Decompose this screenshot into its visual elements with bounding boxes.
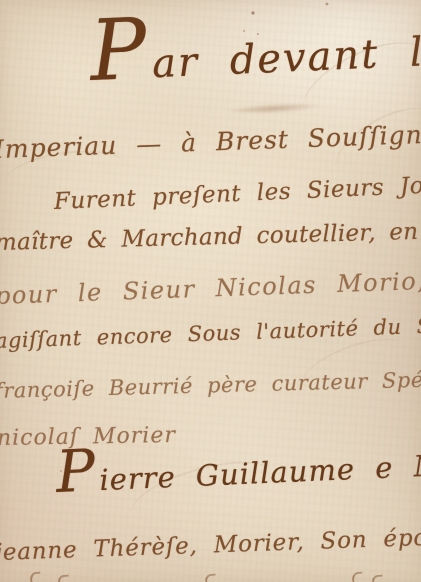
ink-speck [0,0,2,2]
partial-line-fragment [204,573,216,582]
manuscript-line-opening: Par devant les [88,0,421,90]
manuscript-line: pour le Sieur Nicolas Morio, Son [0,265,421,309]
ink-smudge [226,101,322,115]
manuscript-line: Furent preſent les Sieurs Joachim e [53,169,421,215]
manuscript-line: maître & Marchand coutellier, en privé e [0,217,421,256]
partial-line-fragment [58,574,70,582]
manuscript-line: françoiſe Beurrié père curateur Spécial … [0,367,421,403]
line-text: ierre Guillaume e Manuel d [99,443,421,498]
line-text: ar devant les [151,27,421,87]
partial-line-fragment [351,571,363,582]
partial-line-fragment [372,574,384,582]
drop-cap-initial: P [54,436,97,506]
drop-cap-initial: P [88,0,151,100]
manuscript-page: Par devant les Imperiau — à Brest Souſſi… [0,0,421,582]
manuscript-line: jeanne Thérèſe, Morier, Son épouse, [0,524,421,566]
manuscript-line: agiſſant encore Sous l'autorité du Sieur… [0,313,421,353]
partial-line-fragment [29,571,41,582]
manuscript-line: Imperiau — à Brest Souſſignés [0,120,421,163]
